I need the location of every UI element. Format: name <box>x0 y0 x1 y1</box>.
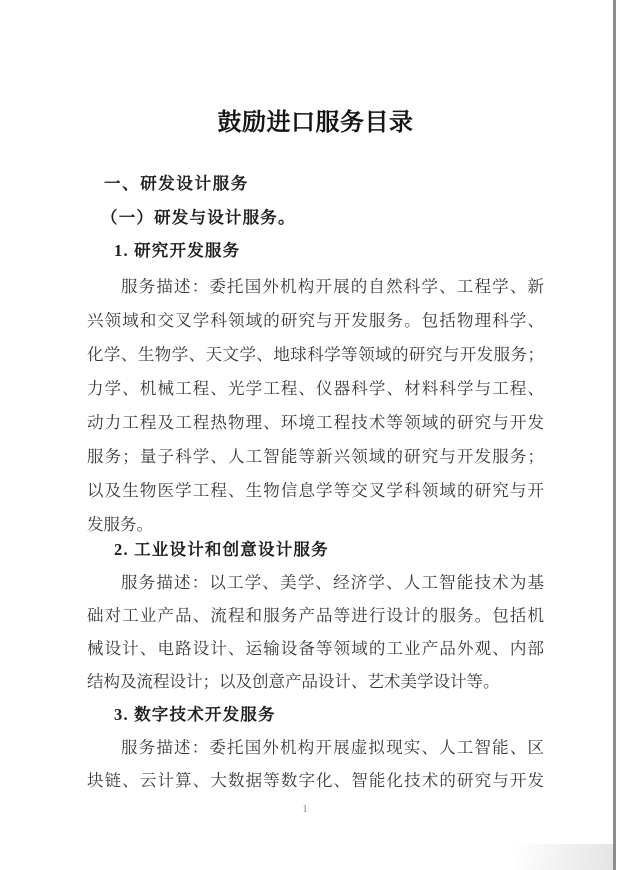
paragraph-line: 兴领域和交叉学科领域的研究与开发服务。包括物理科学、 <box>87 304 544 338</box>
page-body: 一、研发设计服务（一）研发与设计服务。1. 研究开发服务服务描述：委托国外机构开… <box>87 168 544 797</box>
paragraph-line: 以及生物医学工程、生物信息学等交叉学科领域的研究与开 <box>87 474 544 508</box>
paragraph-line: 服务描述：委托国外机构开展的自然科学、工程学、新 <box>87 270 544 304</box>
paragraph-line: 块链、云计算、大数据等数字化、智能化技术的研究与开发 <box>87 764 544 797</box>
paragraph-line: 化学、生物学、天文学、地球科学等领域的研究与开发服务； <box>87 338 544 372</box>
section-heading-level2: （一）研发与设计服务。 <box>87 201 544 234</box>
paragraph-line: 服务；量子科学、人工智能等新兴领域的研究与开发服务； <box>87 440 544 474</box>
section-heading-level3: 1. 研究开发服务 <box>87 234 544 267</box>
page-corner-shadow <box>398 844 613 870</box>
paragraph-line: 动力工程及工程热物理、环境工程技术等领域的研究与开发 <box>87 406 544 440</box>
paragraph-line: 结构及流程设计；以及创意产品设计、艺术美学设计等。 <box>87 665 544 698</box>
section-heading-level1: 一、研发设计服务 <box>87 168 544 201</box>
paragraph-line: 力学、机械工程、光学工程、仪器科学、材料科学与工程、 <box>87 372 544 406</box>
paragraph: 服务描述：委托国外机构开展虚拟现实、人工智能、区块链、云计算、大数据等数字化、智… <box>87 731 544 797</box>
paragraph-line: 础对工业产品、流程和服务产品等进行设计的服务。包括机 <box>87 599 544 632</box>
paragraph-line: 械设计、电路设计、运输设备等领域的工业产品外观、内部 <box>87 632 544 665</box>
paragraph-line: 服务描述：委托国外机构开展虚拟现实、人工智能、区 <box>87 731 544 764</box>
paragraph: 服务描述：委托国外机构开展的自然科学、工程学、新兴领域和交叉学科领域的研究与开发… <box>87 270 544 542</box>
page-number: 1 <box>0 803 610 815</box>
document-title: 鼓励进口服务目录 <box>87 106 544 140</box>
section-heading-level3: 2. 工业设计和创意设计服务 <box>87 533 544 566</box>
scan-edge-line <box>613 0 616 870</box>
document-page: 鼓励进口服务目录 一、研发设计服务（一）研发与设计服务。1. 研究开发服务服务描… <box>0 0 618 870</box>
section-heading-level3: 3. 数字技术开发服务 <box>87 698 544 731</box>
paragraph-line: 服务描述：以工学、美学、经济学、人工智能技术为基 <box>87 566 544 599</box>
paragraph: 服务描述：以工学、美学、经济学、人工智能技术为基础对工业产品、流程和服务产品等进… <box>87 566 544 698</box>
